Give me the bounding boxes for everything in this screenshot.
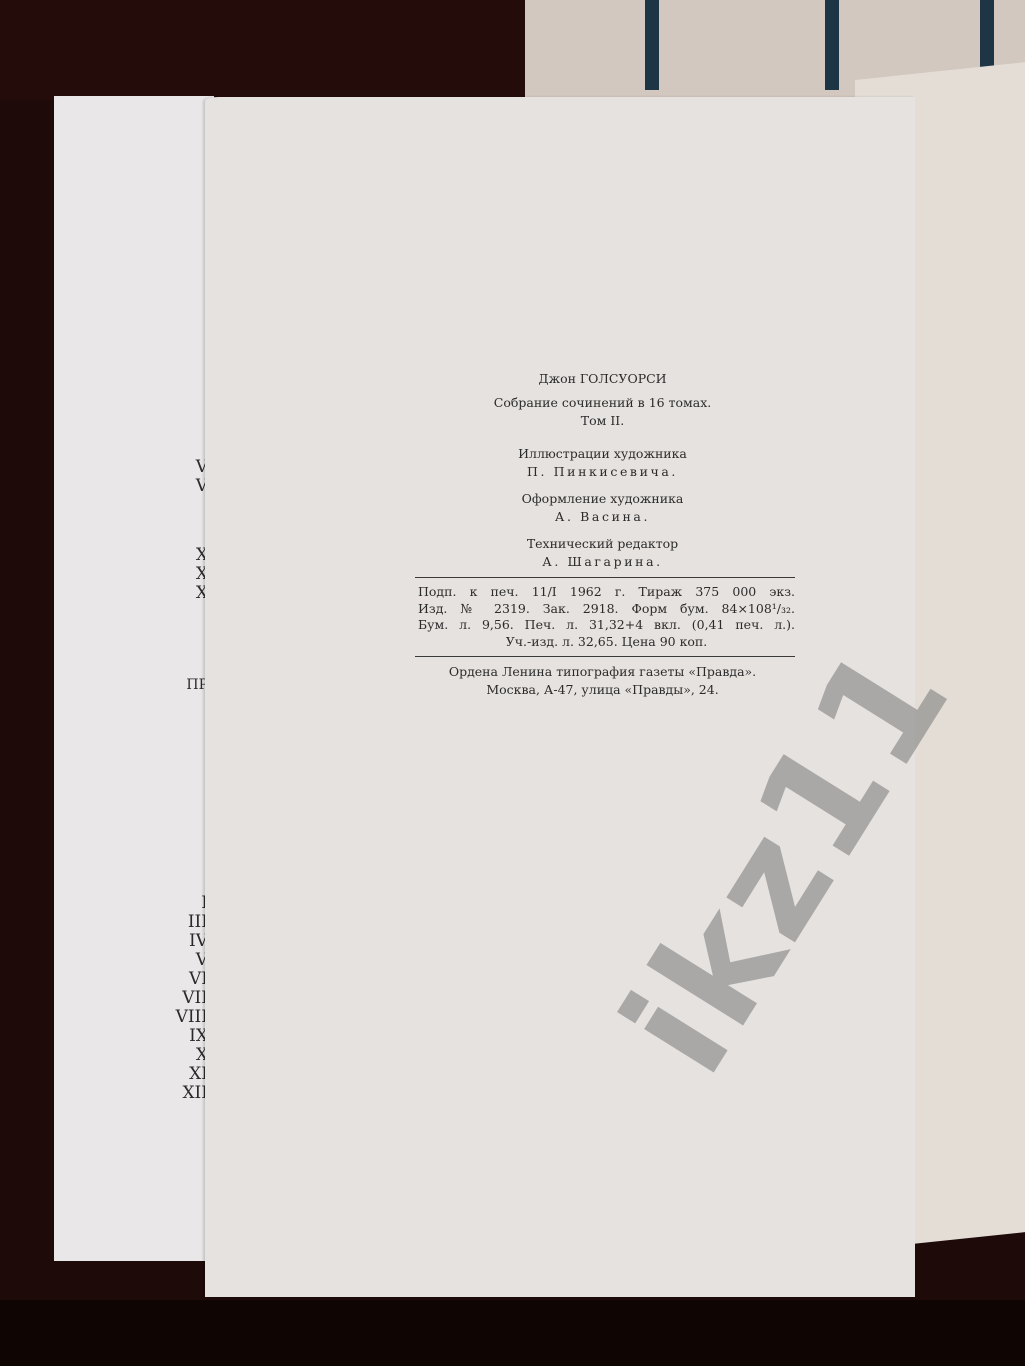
collection-title: Собрание сочинений в 16 томах.: [410, 394, 795, 412]
numeral: IV: [176, 932, 208, 951]
volume: Том II.: [410, 412, 795, 430]
print-details: Подп. к печ. 11/I 1962 г. Тираж 375 000 …: [410, 584, 795, 650]
back-page-numerals-bottom: I III IV V VI VII VIII IX X XI XII: [176, 894, 208, 1103]
print-detail-line: Бум. л. 9,56. Печ. л. 31,32+4 вкл. (0,41…: [418, 617, 795, 634]
numeral: VI: [176, 970, 208, 989]
numeral: VIII: [176, 1008, 208, 1027]
print-detail-line: Подп. к печ. 11/I 1962 г. Тираж 375 000 …: [418, 584, 795, 601]
numeral: I: [176, 894, 208, 913]
design-label: Оформление художника: [410, 490, 795, 508]
print-detail-line: Уч.-изд. л. 32,65. Цена 90 коп.: [418, 634, 795, 651]
numeral: XII: [176, 1084, 208, 1103]
back-page: V V X X X ПР I III IV V VI VII VIII IX X…: [54, 96, 214, 1261]
tech-editor-label: Технический редактор: [410, 535, 795, 553]
tech-editor-name: А. Шагарина.: [410, 553, 795, 571]
numeral: V: [176, 951, 208, 970]
book-spine: [645, 0, 659, 90]
numeral: III: [176, 913, 208, 932]
printer-address: Москва, А-47, улица «Правды», 24.: [410, 681, 795, 699]
design-name: А. Васина.: [410, 508, 795, 526]
book-spine: [825, 0, 839, 90]
numeral: IX: [176, 1027, 208, 1046]
author: Джон ГОЛСУОРСИ: [410, 370, 795, 388]
divider: [415, 656, 795, 657]
imprint-block: Джон ГОЛСУОРСИ Собрание сочинений в 16 т…: [410, 370, 795, 699]
illustrations-name: П. Пинкисевича.: [410, 463, 795, 481]
numeral: X: [176, 1046, 208, 1065]
print-detail-line: Изд. № 2319. Зак. 2918. Форм бум. 84×108…: [418, 601, 795, 618]
divider: [415, 577, 795, 578]
numeral: XI: [176, 1065, 208, 1084]
printer-line: Ордена Ленина типография газеты «Правда»…: [410, 663, 795, 681]
numeral: VII: [176, 989, 208, 1008]
illustrations-label: Иллюстрации художника: [410, 445, 795, 463]
table-surface: [0, 1300, 1025, 1366]
